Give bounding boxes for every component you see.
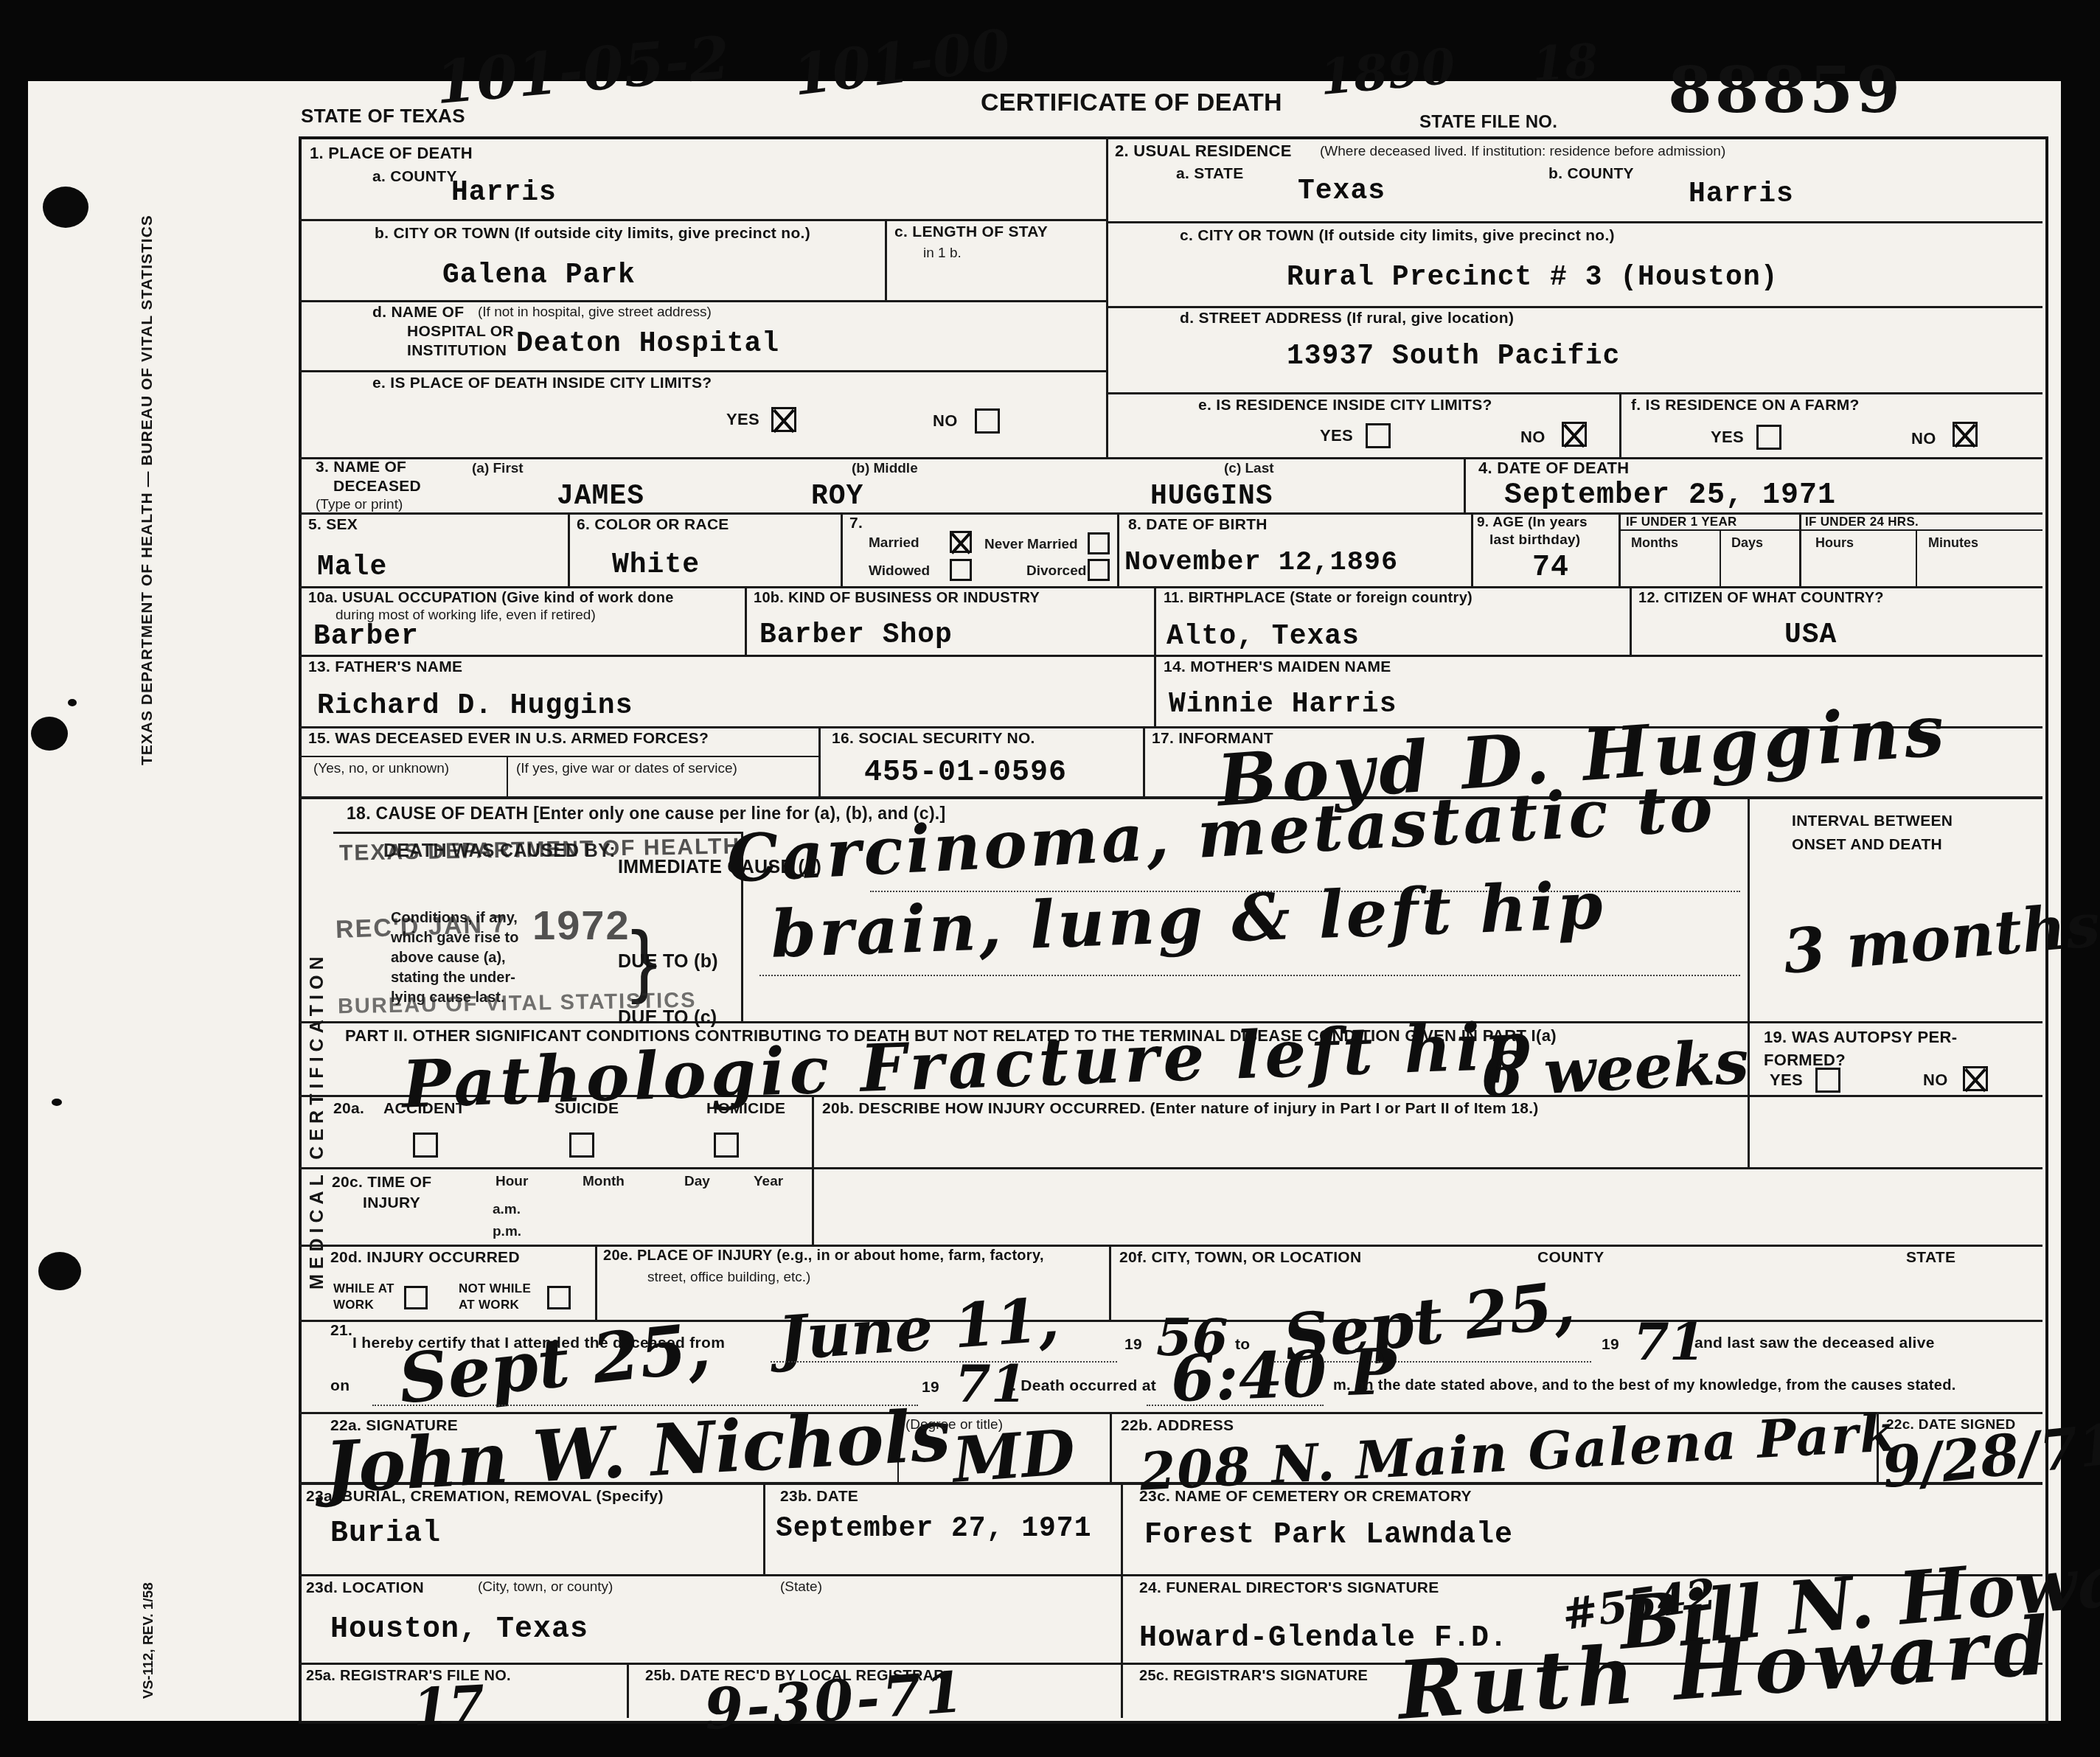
s20c-month-label: Month — [583, 1174, 625, 1190]
s3-middle-label: (b) Middle — [852, 461, 918, 477]
s18-interval-label: INTERVAL BETWEEN ONSET AND DEATH — [1792, 810, 1953, 856]
s1-hospital-label2: HOSPITAL OR — [407, 323, 514, 341]
s20c-label2: INJURY — [363, 1194, 420, 1212]
s3-first-value: JAMES — [557, 481, 644, 512]
s1-county-value: Harris — [451, 177, 557, 209]
s2-state-value: Texas — [1298, 175, 1385, 207]
s1-hospital-note: (If not in hospital, give street address… — [478, 305, 712, 321]
s20f-state-label: STATE — [1906, 1249, 1955, 1267]
part2-handwriting-duration: 6 weeks — [1479, 1027, 1750, 1112]
s2-street-value: 13937 South Pacific — [1287, 341, 1620, 372]
handwritten-number-1890: 1890 — [1318, 37, 1458, 106]
s9-label2: last birthday) — [1489, 532, 1581, 549]
s2-county-value: Harris — [1689, 178, 1794, 210]
s23d-sub2: (State) — [780, 1579, 822, 1596]
s3-title: 3. NAME OF — [316, 459, 406, 476]
s22a-degree-handwriting: MD — [950, 1415, 1077, 1496]
s23b-label: 23b. DATE — [780, 1488, 858, 1506]
s4-label: 4. DATE OF DEATH — [1478, 459, 1629, 478]
s21-text-4: m. on the date stated above, and to the … — [1333, 1377, 1956, 1394]
s2-limits-yes-checkbox — [1366, 423, 1391, 448]
margin-form-number: VS-112, REV. 1/58 — [137, 1563, 161, 1718]
s3-title2: DECEASED — [333, 478, 421, 495]
s7-widowed-label: Widowed — [869, 563, 930, 580]
s1-hospital-label3: INSTITUTION — [407, 342, 507, 360]
s2-title-note: (Where deceased lived. If institution: r… — [1320, 144, 1725, 160]
s2-street-label: d. STREET ADDRESS (If rural, give locati… — [1180, 310, 1514, 327]
s13-value: Richard D. Huggins — [317, 690, 633, 722]
s20a-homicide-checkbox — [714, 1133, 739, 1158]
s14-value: Winnie Harris — [1169, 689, 1397, 720]
received-stamp-year: 1972 — [532, 901, 630, 949]
s20c-year-label: Year — [754, 1174, 783, 1190]
s20f-label: 20f. CITY, TOWN, OR LOCATION — [1119, 1249, 1361, 1267]
s7-never-married-checkbox — [1088, 532, 1110, 554]
s6-label: 6. COLOR OR RACE — [577, 516, 729, 534]
s1-stay-label: c. LENGTH OF STAY — [894, 223, 1048, 241]
s2-farm-yes-checkbox — [1756, 425, 1781, 450]
s21-19-b: 19 — [1602, 1336, 1619, 1354]
s20a-homicide-label: HOMICIDE — [706, 1100, 785, 1118]
s20c-pm-label: p.m. — [493, 1224, 521, 1240]
s9-value: 74 — [1532, 552, 1569, 585]
s24-label: 24. FUNERAL DIRECTOR'S SIGNATURE — [1139, 1579, 1439, 1597]
s2-county-label: b. COUNTY — [1548, 165, 1634, 183]
s2-farm-no-checkbox — [1953, 422, 1978, 447]
s21-on: on — [330, 1377, 350, 1395]
s20c-am-label: a.m. — [493, 1202, 521, 1218]
s20b-label: 20b. DESCRIBE HOW INJURY OCCURRED. (Ente… — [822, 1100, 1539, 1118]
s3-first-label: (a) First — [472, 461, 524, 477]
hole-punch — [43, 187, 88, 228]
s23c-value: Forest Park Lawndale — [1144, 1519, 1513, 1552]
s23a-value: Burial — [330, 1517, 441, 1551]
s20c-label: 20c. TIME OF — [332, 1174, 431, 1191]
s7-widowed-checkbox — [950, 559, 972, 581]
s18-caused-by-label: DEATH WAS CAUSED BY: — [383, 841, 616, 862]
scan-speck — [68, 699, 77, 706]
s15-label: 15. WAS DECEASED EVER IN U.S. ARMED FORC… — [308, 730, 709, 748]
s20d-label: 20d. INJURY OCCURRED — [330, 1249, 520, 1267]
s2-farm-no-label: NO — [1911, 429, 1936, 448]
s5-value: Male — [317, 552, 387, 583]
s1-hospital-label: d. NAME OF — [372, 304, 464, 321]
s3-last-value: HUGGINS — [1150, 481, 1273, 512]
s23d-label: 23d. LOCATION — [306, 1579, 424, 1597]
s20a-label: 20a. — [333, 1100, 364, 1118]
s19-yes-label: YES — [1770, 1071, 1803, 1090]
s1-limits-label: e. IS PLACE OF DEATH INSIDE CITY LIMITS? — [372, 375, 712, 392]
state-file-no-label: STATE FILE NO. — [1419, 112, 1557, 133]
s2-city-value: Rural Precinct # 3 (Houston) — [1287, 262, 1779, 293]
hole-punch — [38, 1252, 81, 1290]
s15-sub1: (Yes, no, or unknown) — [313, 761, 449, 777]
s2-limits-yes-label: YES — [1320, 426, 1353, 445]
s15-sub2: (If yes, give war or dates of service) — [516, 761, 737, 777]
s19-label: 19. WAS AUTOPSY PER- FORMED? — [1764, 1026, 1957, 1072]
s20d-at-work-label: AT WORK — [459, 1298, 519, 1312]
s12-value: USA — [1784, 619, 1837, 651]
s20e-label2: street, office building, etc.) — [647, 1270, 810, 1286]
s3-middle-value: ROY — [811, 481, 863, 512]
s19-no-checkbox — [1963, 1066, 1988, 1091]
s25c-label: 25c. REGISTRAR'S SIGNATURE — [1139, 1668, 1368, 1685]
s11-value: Alto, Texas — [1167, 621, 1360, 653]
s7-divorced-label: Divorced — [1026, 563, 1086, 580]
s20d-while-at-label: WHILE AT — [333, 1281, 394, 1296]
s20d-while-checkbox — [404, 1286, 428, 1309]
s23c-label: 23c. NAME OF CEMETERY OR CREMATORY — [1139, 1488, 1472, 1506]
scanned-death-certificate: TEXAS DEPARTMENT OF HEALTH — BUREAU OF V… — [0, 0, 2100, 1757]
s20a-suicide-checkbox — [569, 1133, 594, 1158]
s20d-not-while-label: NOT WHILE — [459, 1281, 531, 1296]
s4-value: September 25, 1971 — [1504, 479, 1836, 512]
s2-limits-no-label: NO — [1520, 428, 1546, 447]
s8-label: 8. DATE OF BIRTH — [1128, 516, 1268, 534]
s9-days-label: Days — [1731, 535, 1763, 551]
s8-value: November 12,1896 — [1124, 547, 1398, 578]
s3-last-label: (c) Last — [1224, 461, 1274, 477]
s2-city-label: c. CITY OR TOWN (If outside city limits,… — [1180, 227, 1615, 245]
s1-city-value: Galena Park — [442, 260, 636, 291]
s23d-value: Houston, Texas — [330, 1613, 588, 1646]
s1-limits-yes-checkbox — [771, 407, 796, 432]
s2-farm-yes-label: YES — [1711, 428, 1744, 447]
s7-married-label: Married — [869, 535, 919, 552]
s9-months-label: Months — [1631, 535, 1678, 551]
scan-speck — [52, 1099, 62, 1106]
s21-text-2: and last saw the deceased alive — [1694, 1335, 1935, 1352]
s7-married-checkbox — [950, 531, 972, 553]
margin-department-text: TEXAS DEPARTMENT OF HEALTH — BUREAU OF V… — [134, 199, 161, 782]
s3-title3: (Type or print) — [316, 497, 403, 513]
s20c-day-label: Day — [684, 1174, 710, 1190]
s20a-accident-label: ACCIDENT — [383, 1100, 465, 1118]
s20e-label: 20e. PLACE OF INJURY (e.g., in or about … — [603, 1248, 1044, 1264]
s20c-hour-label: Hour — [496, 1174, 528, 1190]
s20d-work-label: WORK — [333, 1298, 374, 1312]
s1-title: 1. PLACE OF DEATH — [310, 144, 473, 163]
s7-label: 7. — [849, 515, 863, 532]
s19-no-label: NO — [1923, 1071, 1948, 1090]
certificate-title: CERTIFICATE OF DEATH — [981, 88, 1282, 117]
s6-value: White — [612, 549, 700, 581]
s5-label: 5. SEX — [308, 516, 358, 534]
s21-19-a: 19 — [1124, 1336, 1142, 1354]
s10a-label: 10a. USUAL OCCUPATION (Give kind of work… — [308, 590, 674, 607]
hole-punch — [31, 717, 68, 751]
s1-stay-label2: in 1 b. — [923, 246, 962, 262]
s10b-value: Barber Shop — [759, 619, 953, 651]
s9-under24hrs-label: IF UNDER 24 HRS. — [1805, 515, 1919, 529]
s23a-label: 23a. BURIAL, CREMATION, REMOVAL (Specify… — [306, 1488, 664, 1506]
s9-hours-label: Hours — [1815, 535, 1854, 551]
s10a-value: Barber — [313, 621, 419, 653]
s20d-not-while-checkbox — [547, 1286, 571, 1309]
s1-county-label: a. COUNTY — [372, 168, 457, 186]
s7-divorced-checkbox — [1088, 559, 1110, 581]
s20a-suicide-label: SUICIDE — [554, 1100, 619, 1118]
s22b-label: 22b. ADDRESS — [1121, 1417, 1234, 1435]
s2-limits-no-checkbox — [1562, 422, 1587, 447]
s13-label: 13. FATHER'S NAME — [308, 658, 462, 676]
s1-city-label: b. CITY OR TOWN (If outside city limits,… — [375, 225, 810, 243]
s2-title: 2. USUAL RESIDENCE — [1115, 142, 1292, 161]
s14-label: 14. MOTHER'S MAIDEN NAME — [1164, 658, 1391, 676]
s25a-file-no-handwriting: 17 — [411, 1674, 487, 1739]
s23d-sub1: (City, town, or county) — [478, 1579, 613, 1596]
state-file-number: 88859 — [1668, 53, 1903, 128]
s23b-value: September 27, 1971 — [776, 1513, 1091, 1545]
s19-yes-checkbox — [1815, 1068, 1840, 1093]
s21-text-3: . Death occurred at — [1012, 1377, 1156, 1395]
s9-under1yr-label: IF UNDER 1 YEAR — [1626, 515, 1737, 529]
s9-label: 9. AGE (In years — [1477, 515, 1588, 531]
s16-value: 455-01-0596 — [864, 756, 1067, 790]
s16-label: 16. SOCIAL SECURITY NO. — [832, 730, 1035, 748]
s20f-county-label: COUNTY — [1537, 1249, 1604, 1267]
s1-limits-no-label: NO — [933, 411, 958, 431]
s11-label: 11. BIRTHPLACE (State or foreign country… — [1164, 590, 1473, 607]
s12-label: 12. CITIZEN OF WHAT COUNTRY? — [1638, 590, 1884, 607]
s10b-label: 10b. KIND OF BUSINESS OR INDUSTRY — [754, 590, 1040, 607]
handwritten-number-18: 18 — [1531, 34, 1599, 93]
s7-never-married-label: Never Married — [984, 537, 1078, 553]
s9-minutes-label: Minutes — [1928, 535, 1978, 551]
s18-due-to-c-label: DUE TO (c) — [618, 1007, 717, 1029]
s1-limits-no-checkbox — [975, 408, 1000, 434]
s1-limits-yes-label: YES — [726, 410, 759, 429]
s2-farm-label: f. IS RESIDENCE ON A FARM? — [1631, 397, 1860, 414]
s2-state-label: a. STATE — [1176, 165, 1243, 183]
s18-due-to-b-label: DUE TO (b) — [618, 951, 718, 973]
s20a-accident-checkbox — [413, 1133, 438, 1158]
s21-label: 21. — [330, 1322, 352, 1340]
s2-limits-label: e. IS RESIDENCE INSIDE CITY LIMITS? — [1198, 397, 1492, 414]
s1-hospital-value: Deaton Hospital — [516, 328, 779, 360]
